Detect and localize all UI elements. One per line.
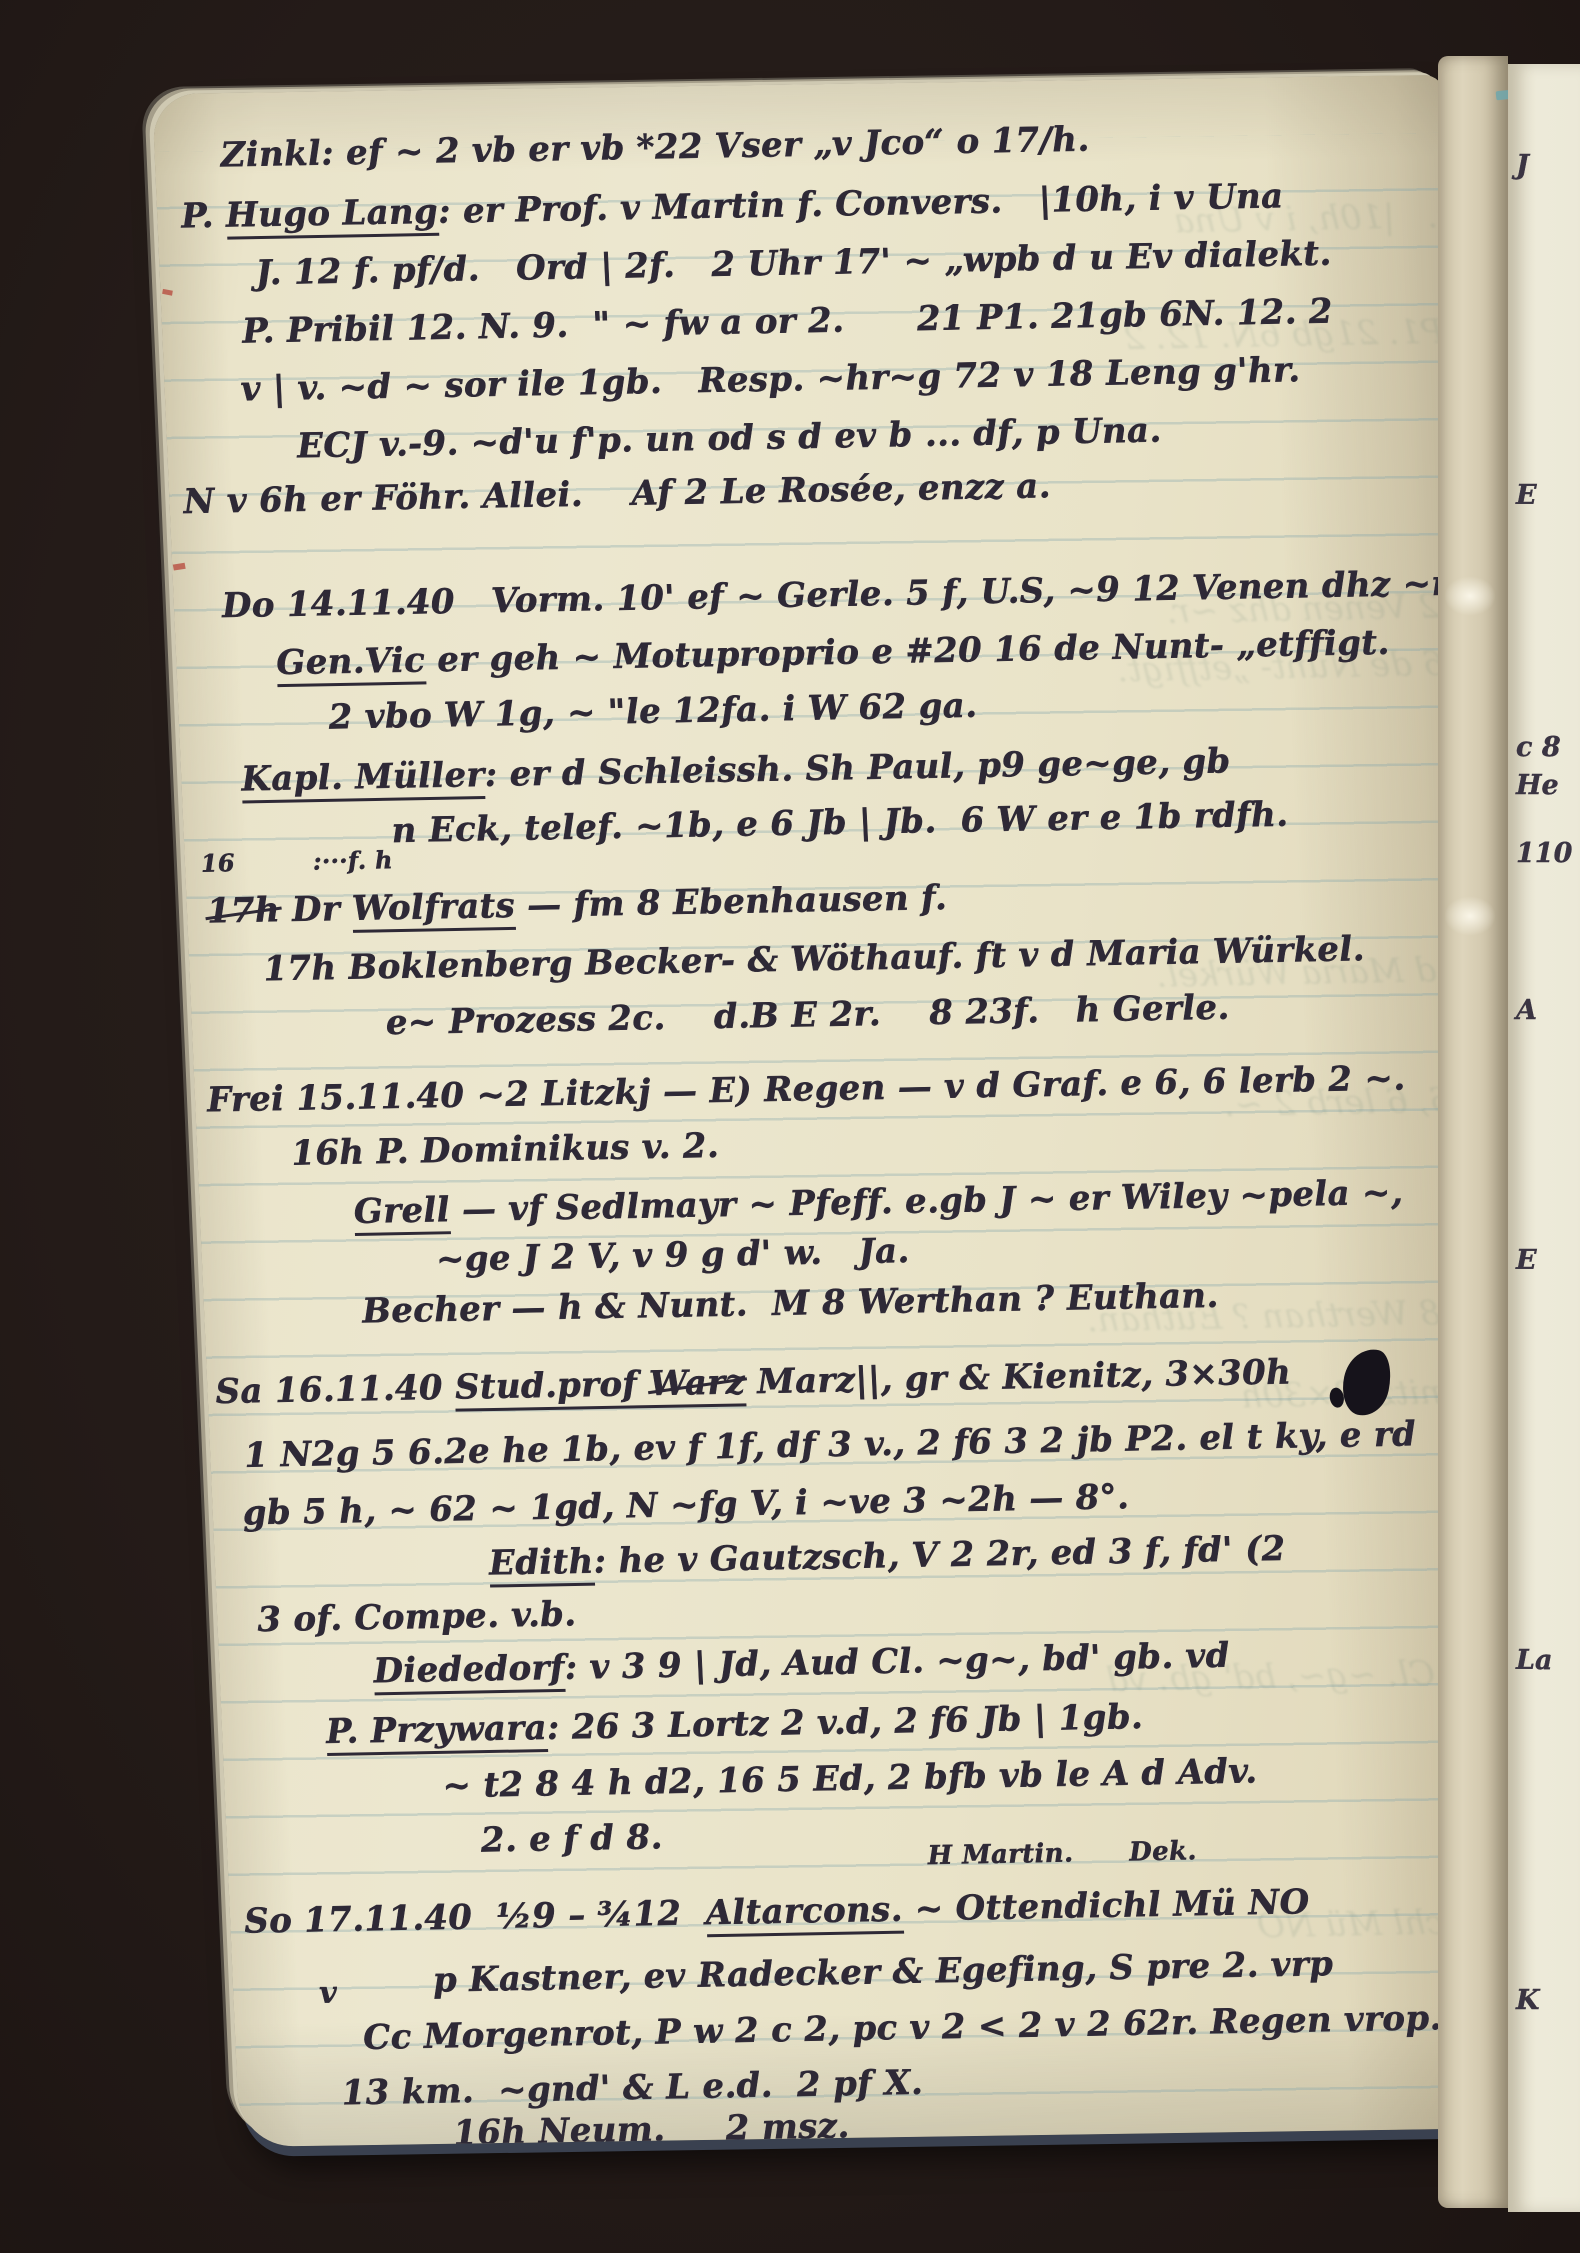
handwritten-line: ~ge J 2 V, v 9 g d' w. Ja. <box>435 1234 910 1277</box>
notebook-page: P. Hugo Lang: er Prof. v Martin f. Conve… <box>152 75 1532 2147</box>
handwritten-line: gb 5 h, ~ 62 ~ 1gd, N ~fg V, i ~ve 3 ~2h… <box>242 1480 1130 1530</box>
handwritten-line: P. Pribil 12. N. 9. " ~ fw a or 2. 21 P1… <box>241 295 1333 349</box>
handwritten-line: e~ Prozess 2c. d.B E 2r. 8 23f. h Gerle. <box>385 991 1230 1040</box>
handwritten-line: 2. e f d 8. <box>480 1820 663 1857</box>
handwritten-line: Edith: he v Gautzsch, V 2 2r, ed 3 f, fd… <box>488 1532 1286 1581</box>
margin-mark: v <box>319 1975 338 2010</box>
handwritten-line: ECJ v.-9. ~d'u f'p. un od s d ev b ... d… <box>296 414 1162 464</box>
facing-page-text-fragment: He <box>1516 770 1559 801</box>
handwritten-line: 2 vbo W 1g, ~ "le 12fa. i W 62 ga. <box>328 689 978 735</box>
handwriting-layer: Zinkl: ef ~ 2 vb er vb *22 Vser „v Jco“ … <box>152 75 1532 2147</box>
facing-page-text-fragment: E <box>1516 480 1537 511</box>
handwritten-line: Zinkl: ef ~ 2 vb er vb *22 Vser „v Jco“ … <box>220 123 1090 173</box>
handwritten-line: 17h Dr Wolfrats — fm 8 Ebenhausen f. <box>206 881 947 929</box>
handwritten-line: Grell — vf Sedlmayr ~ Pfeff. e.gb J ~ er… <box>353 1176 1403 1229</box>
facing-page-text-fragment: J <box>1516 150 1529 181</box>
handwritten-line: P. Hugo Lang: er Prof. v Martin f. Conve… <box>180 179 1284 233</box>
binding-highlight <box>1444 896 1496 936</box>
facing-page-text-fragment: La <box>1516 1645 1552 1676</box>
handwritten-line: 16h P. Dominikus v. 2. <box>291 1129 720 1171</box>
handwritten-line: H Martin. Dek. <box>927 1838 1197 1869</box>
handwritten-line: Cc Morgenrot, P w 2 c 2, pc v 2 < 2 v 2 … <box>362 2001 1442 2055</box>
handwritten-line: J. 12 f. pf/d. Ord | 2f. 2 Uhr 17' ~ „wp… <box>255 237 1332 291</box>
facing-page-text-fragment: c 8 <box>1516 732 1561 763</box>
binding-gutter <box>1438 56 1508 2208</box>
facing-page-text-fragment: 110 <box>1516 838 1572 869</box>
handwritten-line: 3 of. Compe. v.b. <box>257 1597 577 1637</box>
handwritten-line: So 17.11.40 ½9 – ¾12 Altarcons. ~ Ottend… <box>243 1885 1310 1939</box>
notebook-photo: P. Hugo Lang: er Prof. v Martin f. Conve… <box>0 0 1580 2253</box>
handwritten-line: N v 6h er Föhr. Allei. Af 2 Le Rosée, en… <box>183 469 1052 519</box>
handwritten-line: Becher — h & Nunt. M 8 Werthan ? Euthan. <box>361 1279 1219 1329</box>
handwritten-line: Do 14.11.40 Vorm. 10' ef ~ Gerle. 5 f, U… <box>221 567 1459 624</box>
binding-highlight <box>1444 576 1496 616</box>
facing-page-text-fragment: A <box>1516 995 1537 1026</box>
handwritten-line: Sa 16.11.40 Stud.prof Warz Marz||, gr & … <box>215 1355 1292 1409</box>
handwritten-line: 1 N2g 5 6.2e he 1b, ev f 1f, df 3 v., 2 … <box>244 1417 1417 1472</box>
handwritten-line: v | v. ~d ~ sor ile 1gb. Resp. ~hr~g 72 … <box>240 353 1301 406</box>
handwritten-line: 17h Boklenberg Becker- & Wöthauf. ft v d… <box>263 932 1366 986</box>
handwritten-line: 16 :···f. h <box>200 848 393 876</box>
handwritten-line: n Eck, telef. ~1b, e 6 Jb | Jb. 6 W er e… <box>391 798 1289 848</box>
handwritten-line: 13 km. ~gnd' & L e.d. 2 pf X. <box>341 2066 924 2111</box>
handwritten-line: ~ t2 8 4 h d2, 16 5 Ed, 2 bfb vb le A d … <box>442 1754 1258 1803</box>
handwritten-line: 16h Neum. 2 msz. <box>453 2109 851 2147</box>
handwritten-line: Diededorf: v 3 9 | Jd, Aud Cl. ~g~, bd' … <box>373 1639 1231 1689</box>
handwritten-line: p Kastner, ev Radecker & Egefing, S pre … <box>432 1947 1334 1997</box>
facing-page-sliver: JEc 8He110AELaK <box>1508 64 1580 2212</box>
handwritten-line: Kapl. Müller: er d Schleissh. Sh Paul, p… <box>241 744 1232 796</box>
facing-page-text-fragment: K <box>1516 1985 1539 2016</box>
handwritten-line: Gen.Vic er geh ~ Motuproprio e #20 16 de… <box>276 626 1390 680</box>
handwritten-line: P. Przywara: 26 3 Lortz 2 v.d, 2 f6 Jb |… <box>325 1700 1143 1749</box>
facing-page-text-fragment: E <box>1516 1245 1537 1276</box>
handwritten-line: Frei 15.11.40 ~2 Litzkj — E) Regen — v d… <box>206 1061 1406 1117</box>
